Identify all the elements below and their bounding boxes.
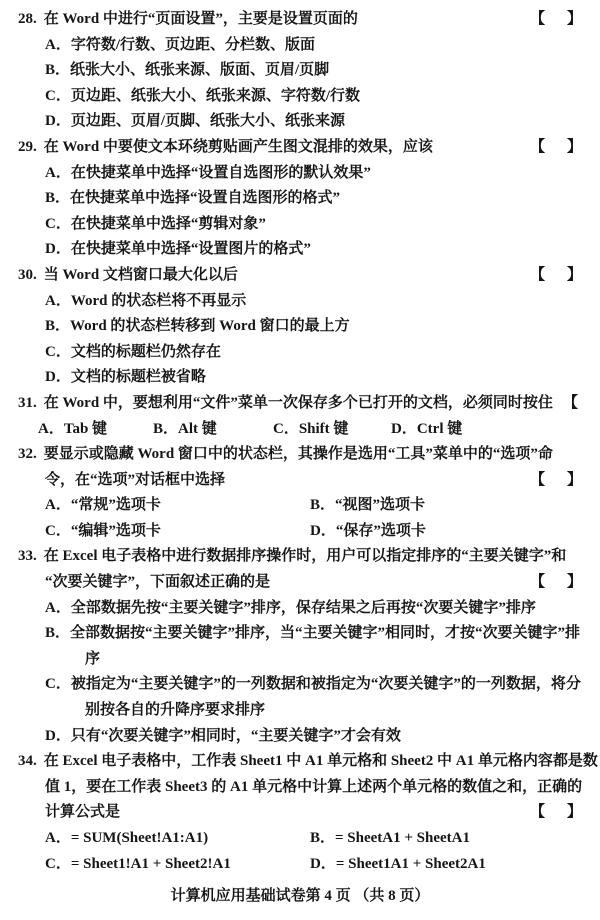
question-number: 31. <box>18 391 37 417</box>
question-stem-text: “次要关键字”，下面叙述正确的是 <box>45 570 270 596</box>
question-stem-text: 当 Word 文档窗口最大化以后 <box>44 267 238 283</box>
option-c: C．“编辑”选项卡 <box>45 519 310 545</box>
bracket-open: 【 <box>530 11 545 27</box>
question-number: 33. <box>18 544 37 570</box>
option-b: B．Alt 键 <box>153 417 273 443</box>
bracket-open: 【 <box>530 804 545 820</box>
question-stem: 33.在 Excel 电子表格中进行数据排序操作时，用户可以指定排序的“主要关键… <box>18 548 566 564</box>
bracket-open: 【 <box>530 472 545 488</box>
option-a: A．在快捷菜单中选择“设置自选图形的默认效果” <box>45 161 582 187</box>
bracket-close: 】 <box>567 804 582 820</box>
bracket-open: 【 <box>563 395 578 411</box>
question-stem: 29.在 Word 中要使文本环绕剪贴画产生图文混排的效果，应该 <box>18 135 433 161</box>
question-stem-text: 在 Word 中要使文本环绕剪贴画产生图文混排的效果，应该 <box>44 139 433 155</box>
question-stem-text: 在 Word 中，要想利用“文件”菜单一次保存多个已打开的文档，必须同时按住 <box>44 395 553 411</box>
option-d: D．页边距、页眉/页脚、纸张大小、纸张来源 <box>45 109 582 135</box>
question-28: 28.在 Word 中进行“页面设置”，主要是设置页面的 【】 A．字符数/行数… <box>18 7 582 135</box>
option-d: D．文档的标题栏被省略 <box>45 365 582 391</box>
option-a: A．字符数/行数、页边距、分栏数、版面 <box>45 33 582 59</box>
option-d: D．= Sheet1A1 + Sheet2A1 <box>310 852 582 878</box>
bracket-close: 】 <box>567 267 582 283</box>
option-b: B．“视图”选项卡 <box>310 493 582 519</box>
question-33: 33.在 Excel 电子表格中进行数据排序操作时，用户可以指定排序的“主要关键… <box>18 544 582 749</box>
option-d: D．只有“次要关键字”相同时，“主要关键字”才会有效 <box>45 724 582 750</box>
question-stem-text: 在 Excel 电子表格中进行数据排序操作时，用户可以指定排序的“主要关键字”和 <box>44 548 567 564</box>
question-number: 32. <box>18 442 37 468</box>
question-number: 30. <box>18 263 37 289</box>
answer-bracket: 【】 <box>520 135 582 161</box>
question-stem: 34.在 Excel 电子表格中，工作表 Sheet1 中 A1 单元格和 Sh… <box>18 753 598 769</box>
question-number: 29. <box>18 135 37 161</box>
option-c: C．= Sheet1!A1 + Sheet2!A1 <box>45 852 310 878</box>
option-b: B．全部数据按“主要关键字”排序，当“主要关键字”相同时，才按“次要关键字”排序 <box>45 621 582 672</box>
question-stem-text: 要显示或隐藏 Word 窗口中的状态栏，其操作是选用“工具”菜单中的“选项”命 <box>44 446 553 462</box>
option-a: A．= SUM(Sheet!A1:A1) <box>45 826 310 852</box>
option-c: C．文档的标题栏仍然存在 <box>45 340 582 366</box>
bracket-close: 】 <box>567 574 582 590</box>
question-stem-text: 令，在“选项”对话框中选择 <box>45 468 225 494</box>
option-b: B．在快捷菜单中选择“设置自选图形的格式” <box>45 186 582 212</box>
question-stem: 31.在 Word 中，要想利用“文件”菜单一次保存多个已打开的文档，必须同时按… <box>18 391 553 417</box>
bracket-close: 】 <box>567 139 582 155</box>
bracket-close: 】 <box>567 11 582 27</box>
question-stem-text: 值 1，要在工作表 Sheet3 的 A1 单元格中计算上述两个单元格的数值之和… <box>45 775 582 801</box>
answer-bracket: 【】 <box>520 263 582 289</box>
bracket-open: 【 <box>530 267 545 283</box>
answer-bracket: 【】 <box>520 800 582 826</box>
option-c: C．页边距、纸张大小、纸张来源、字符数/行数 <box>45 84 582 110</box>
question-number: 28. <box>18 7 37 33</box>
question-30: 30.当 Word 文档窗口最大化以后 【】 A．Word 的状态栏将不再显示 … <box>18 263 582 391</box>
option-a: A．“常规”选项卡 <box>45 493 310 519</box>
exam-paper-page: 28.在 Word 中进行“页面设置”，主要是设置页面的 【】 A．字符数/行数… <box>0 0 600 920</box>
bracket-close: 】 <box>567 472 582 488</box>
answer-bracket: 【】 <box>520 7 582 33</box>
question-stem: 28.在 Word 中进行“页面设置”，主要是设置页面的 <box>18 7 358 33</box>
option-a: A．Word 的状态栏将不再显示 <box>45 289 582 315</box>
option-d: D．“保存”选项卡 <box>310 519 582 545</box>
question-31: 31.在 Word 中，要想利用“文件”菜单一次保存多个已打开的文档，必须同时按… <box>18 391 582 442</box>
question-32: 32.要显示或隐藏 Word 窗口中的状态栏，其操作是选用“工具”菜单中的“选项… <box>18 442 582 544</box>
option-d: D．在快捷菜单中选择“设置图片的格式” <box>45 237 582 263</box>
bracket-open: 【 <box>530 139 545 155</box>
option-c: C．在快捷菜单中选择“剪辑对象” <box>45 212 582 238</box>
question-stem-text: 在 Excel 电子表格中，工作表 Sheet1 中 A1 单元格和 Sheet… <box>44 753 598 769</box>
option-b: B．= SheetA1 + SheetA1 <box>310 826 582 852</box>
question-number: 34. <box>18 749 37 775</box>
option-c: C．被指定为“主要关键字”的一列数据和被指定为“次要关键字”的一列数据，将分别按… <box>45 672 582 723</box>
question-stem: 30.当 Word 文档窗口最大化以后 <box>18 263 238 289</box>
question-stem-text: 在 Word 中进行“页面设置”，主要是设置页面的 <box>44 11 358 27</box>
page-footer: 计算机应用基础试卷第 4 页 （共 8 页） <box>0 884 600 910</box>
option-c: C．Shift 键 <box>273 417 391 443</box>
answer-bracket: 【】 <box>553 391 600 417</box>
question-29: 29.在 Word 中要使文本环绕剪贴画产生图文混排的效果，应该 【】 A．在快… <box>18 135 582 263</box>
question-34: 34.在 Excel 电子表格中，工作表 Sheet1 中 A1 单元格和 Sh… <box>18 749 582 877</box>
option-a: A．Tab 键 <box>38 417 153 443</box>
option-a: A．全部数据先按“主要关键字”排序，保存结果之后再按“次要关键字”排序 <box>45 596 582 622</box>
option-d: D．Ctrl 键 <box>391 417 582 443</box>
question-stem: 32.要显示或隐藏 Word 窗口中的状态栏，其操作是选用“工具”菜单中的“选项… <box>18 446 553 462</box>
option-b: B．Word 的状态栏转移到 Word 窗口的最上方 <box>45 314 582 340</box>
answer-bracket: 【】 <box>520 570 582 596</box>
bracket-open: 【 <box>530 574 545 590</box>
question-stem-text: 计算公式是 <box>45 800 120 826</box>
option-b: B．纸张大小、纸张来源、版面、页眉/页脚 <box>45 58 582 84</box>
answer-bracket: 【】 <box>520 468 582 494</box>
